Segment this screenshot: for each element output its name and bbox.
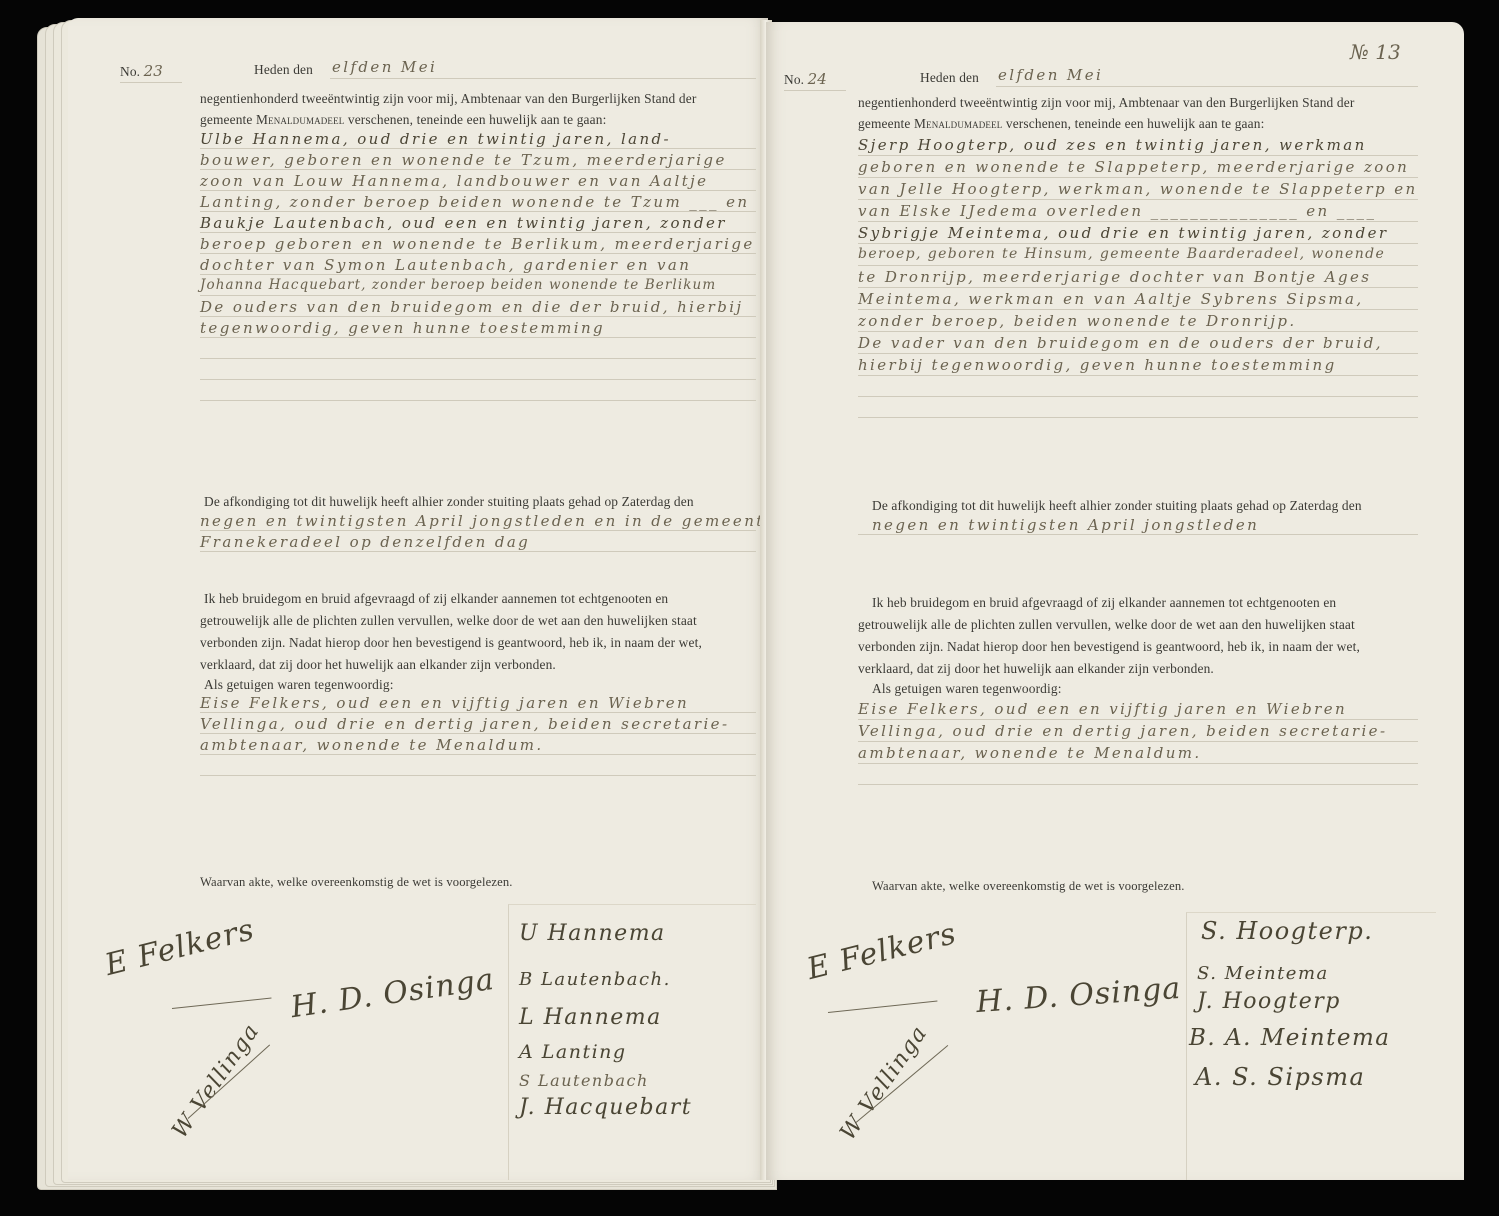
signature-official: E Felkers [102, 912, 259, 983]
proclamation-hand: negen en twintigsten April jongstleden [872, 516, 1259, 534]
rule-line [858, 719, 1418, 720]
body-line: beroep, geboren te Hinsum, gemeente Baar… [858, 246, 1385, 262]
witnesses-label: Als getuigen waren tegenwoordig: [872, 681, 1062, 697]
rule-line [858, 155, 1418, 156]
rule-line [858, 265, 1418, 266]
signature-party: J. Hoogterp [1197, 989, 1341, 1014]
printed-line-1: negentienhonderd tweeëntwintig zijn voor… [858, 95, 1354, 111]
open-register-book: No. 23 Heden den elfden Mei negentienhon… [0, 0, 1499, 1216]
body-line: dochter van Symon Lautenbach, gardenier … [200, 256, 691, 274]
signature-box: S. Hoogterp. S. Meintema J. Hoogterp B. … [1186, 912, 1436, 1180]
printed-line-2: gemeente Menaldumadeel verschenen, tenei… [858, 116, 1264, 132]
date-handwritten: elfden Mei [332, 58, 437, 76]
declaration-line: verbonden zijn. Nadat hierop door hen be… [200, 635, 702, 651]
signature-box: U Hannema B Lautenbach. L Hannema A Lant… [508, 904, 756, 1180]
entry-number: No. 24 [784, 70, 827, 88]
rule-line [200, 775, 756, 776]
folio-number: № 13 [1350, 40, 1401, 64]
witness-line: Vellinga, oud drie en dertig jaren, beid… [200, 715, 729, 733]
proclamation-printed: De afkondiging tot dit huwelijk heeft al… [872, 498, 1362, 514]
rule-line [200, 530, 756, 531]
rule-line [200, 190, 756, 191]
signature-official: W Vellinga [836, 1021, 933, 1145]
declaration-line: getrouwelijk alle de plichten zullen ver… [200, 613, 697, 629]
signature-party: B Lautenbach. [519, 969, 671, 990]
entry-number-rule [120, 82, 182, 83]
rule-line [200, 551, 756, 552]
body-line: Meintema, werkman en van Aaltje Sybrens … [858, 290, 1364, 308]
rule-line [858, 287, 1418, 288]
rule-line [330, 78, 756, 79]
body-line: van Jelle Hoogterp, werkman, wonende te … [858, 180, 1418, 198]
rule-line [858, 199, 1418, 200]
rule-line [858, 309, 1418, 310]
closing-statement: Waarvan akte, welke overeenkomstig de we… [872, 879, 1185, 894]
signature-party: S. Meintema [1197, 963, 1329, 984]
municipality: Menaldumadeel [914, 116, 1002, 131]
printed-line-1: negentienhonderd tweeëntwintig zijn voor… [200, 91, 696, 107]
rule-line [858, 375, 1418, 376]
rule-line [858, 177, 1418, 178]
rule-line [996, 86, 1418, 87]
witnesses-label: Als getuigen waren tegenwoordig: [204, 677, 394, 693]
body-line: Johanna Hacquebart, zonder beroep beiden… [200, 277, 716, 293]
signature-party: B. A. Meintema [1189, 1025, 1390, 1051]
declaration-line: Ik heb bruidegom en bruid afgevraagd of … [872, 595, 1336, 611]
date-handwritten: elfden Mei [998, 66, 1103, 84]
body-line: De vader van den bruidegom en de ouders … [858, 334, 1383, 352]
heading-prefix: Heden den [254, 62, 313, 78]
body-line: beroep geboren en wonende te Berlikum, m… [200, 235, 755, 253]
body-line: tegenwoordig, geven hunne toestemming [200, 319, 605, 337]
rule-line [200, 712, 756, 713]
signature-official: W Vellinga [168, 1019, 265, 1143]
witness-line: Vellinga, oud drie en dertig jaren, beid… [858, 722, 1387, 740]
signature-party: S. Hoogterp. [1201, 917, 1373, 945]
rule-line [858, 243, 1418, 244]
rule-line [858, 396, 1418, 397]
rule-line [858, 353, 1418, 354]
municipality: Menaldumadeel [256, 112, 344, 127]
proclamation-hand: negen en twintigsten April jongstleden e… [200, 512, 776, 530]
rule-line [200, 295, 756, 296]
rule-line [200, 733, 756, 734]
declaration-line: verbonden zijn. Nadat hierop door hen be… [858, 639, 1360, 655]
body-line: Ulbe Hannema, oud drie en twintig jaren,… [200, 130, 671, 148]
rule-line [200, 400, 756, 401]
signature-party: L Hannema [519, 1005, 662, 1030]
body-line: te Dronrijp, meerderjarige dochter van B… [858, 268, 1371, 286]
rule-line [200, 211, 756, 212]
entry-number-rule [784, 90, 846, 91]
entry-number: No. 23 [120, 62, 163, 80]
declaration-line: verklaard, dat zij door het huwelijk aan… [200, 657, 556, 673]
rule-line [200, 754, 756, 755]
proclamation-printed: De afkondiging tot dit huwelijk heeft al… [204, 494, 694, 510]
rule-line [858, 331, 1418, 332]
signature-flourish [172, 998, 272, 1009]
declaration-line: Ik heb bruidegom en bruid afgevraagd of … [204, 591, 668, 607]
signature-party: A Lanting [519, 1041, 627, 1063]
rule-line [200, 337, 756, 338]
body-line: Sjerp Hoogterp, oud zes en twintig jaren… [858, 136, 1367, 154]
rule-line [200, 379, 756, 380]
rule-line [200, 358, 756, 359]
body-line: De ouders van den bruidegom en die der b… [200, 298, 743, 316]
rule-line [858, 763, 1418, 764]
rule-line [858, 221, 1418, 222]
heading-prefix: Heden den [920, 70, 979, 86]
witness-line: Eise Felkers, oud een en vijftig jaren e… [200, 694, 689, 712]
body-line: Baukje Lautenbach, oud een en twintig ja… [200, 214, 727, 232]
signature-party: A. S. Sipsma [1195, 1063, 1365, 1091]
rule-line [200, 274, 756, 275]
body-line: hierbij tegenwoordig, geven hunne toeste… [858, 356, 1337, 374]
signature-registrar: H. D. Osinga [289, 962, 497, 1025]
body-line: Lanting, zonder beroep beiden wonende te… [200, 193, 749, 211]
witness-line: ambtenaar, wonende te Menaldum. [858, 744, 1202, 762]
rule-line [200, 316, 756, 317]
rule-line [858, 784, 1418, 785]
signature-official: E Felkers [804, 916, 961, 987]
left-page: No. 23 Heden den elfden Mei negentienhon… [68, 18, 768, 1180]
witness-line: ambtenaar, wonende te Menaldum. [200, 736, 544, 754]
declaration-line: getrouwelijk alle de plichten zullen ver… [858, 617, 1355, 633]
body-line: zoon van Louw Hannema, landbouwer en van… [200, 172, 708, 190]
signature-party: J. Hacquebart [519, 1095, 692, 1120]
body-line: geboren en wonende te Slappeterp, meerde… [858, 158, 1409, 176]
rule-line [858, 417, 1418, 418]
signature-party: U Hannema [519, 921, 666, 946]
body-line: bouwer, geboren en wonende te Tzum, meer… [200, 151, 727, 169]
body-line: Sybrigje Meintema, oud drie en twintig j… [858, 224, 1389, 242]
signature-party: S Lautenbach [519, 1071, 649, 1090]
rule-line [200, 148, 756, 149]
closing-statement: Waarvan akte, welke overeenkomstig de we… [200, 875, 513, 890]
rule-line [858, 741, 1418, 742]
body-line: van Elske IJedema overleden ____________… [858, 202, 1376, 220]
witness-line: Eise Felkers, oud een en vijftig jaren e… [858, 700, 1347, 718]
right-page: № 13 No. 24 Heden den elfden Mei negenti… [766, 22, 1464, 1180]
signature-flourish [828, 1001, 938, 1013]
rule-line [858, 534, 1418, 535]
signature-registrar: H. D. Osinga [975, 971, 1182, 1020]
rule-line [200, 169, 756, 170]
proclamation-hand: Franekeradeel op denzelfden dag [200, 533, 530, 551]
rule-line [200, 232, 756, 233]
printed-line-2: gemeente Menaldumadeel verschenen, tenei… [200, 112, 606, 128]
declaration-line: verklaard, dat zij door het huwelijk aan… [858, 661, 1214, 677]
body-line: zonder beroep, beiden wonende te Dronrij… [858, 312, 1297, 330]
rule-line [200, 253, 756, 254]
